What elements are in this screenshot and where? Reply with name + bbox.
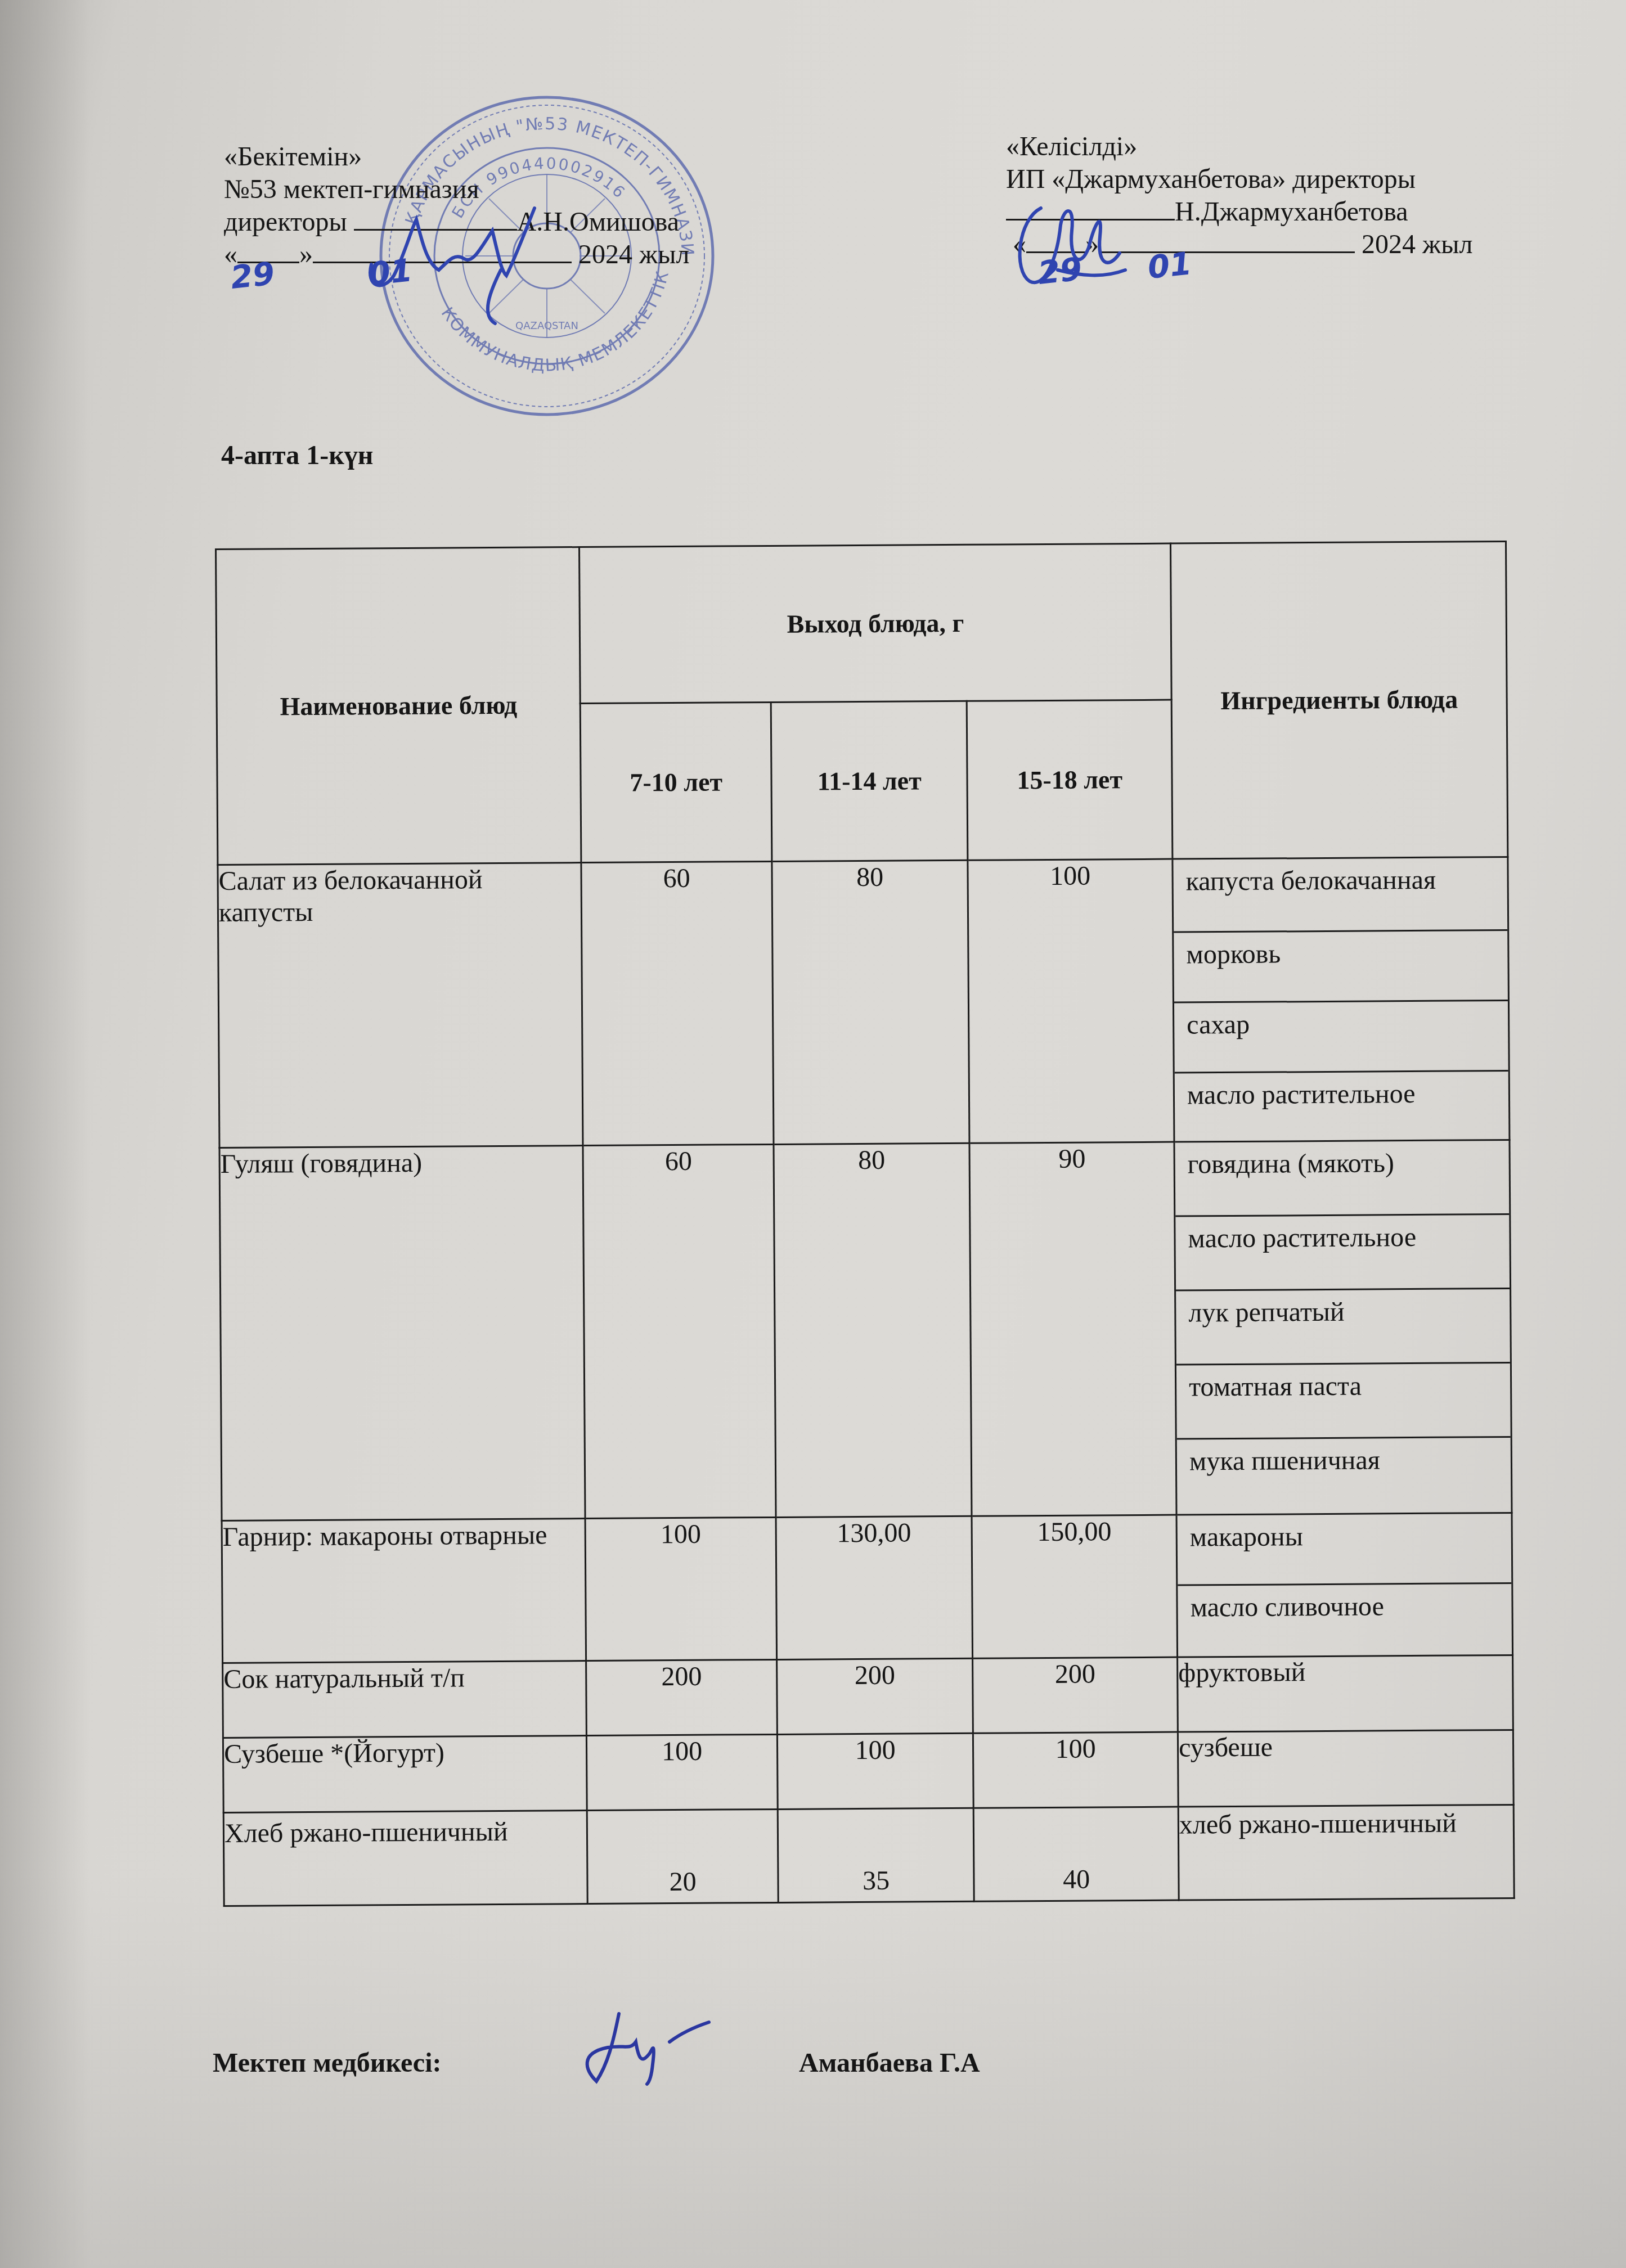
header-ingredients: Ингредиенты блюда bbox=[1170, 541, 1507, 859]
yield-value: 35 bbox=[778, 1808, 974, 1902]
yield-value: 100 bbox=[777, 1733, 973, 1809]
approval-year-right: 2024 жыл bbox=[1362, 229, 1472, 259]
approval-org-left: №53 мектеп-гимназия bbox=[224, 173, 689, 206]
yield-value: 100 bbox=[968, 859, 1174, 1143]
ingredient-item: томатная паста bbox=[1176, 1363, 1511, 1440]
ingredient-item: макароны bbox=[1178, 1514, 1512, 1586]
approval-signature-line-right: Н.Джармуханбетова bbox=[1006, 196, 1472, 228]
dish-name: Гарнир: макароны отварные bbox=[222, 1519, 586, 1663]
header-yield: Выход блюда, г bbox=[580, 543, 1171, 703]
yield-value: 80 bbox=[772, 860, 970, 1144]
nurse-name: Аманбаева Г.А bbox=[799, 2047, 980, 2078]
nurse-label: Мектеп медбикесі: bbox=[213, 2047, 441, 2078]
ingredient-item: лук репчатый bbox=[1176, 1289, 1510, 1366]
yield-value: 90 bbox=[969, 1142, 1176, 1516]
ingredient-item: капуста белокачанная bbox=[1173, 858, 1507, 933]
yield-value: 40 bbox=[974, 1807, 1179, 1901]
approval-year-left: 2024 жыл bbox=[578, 240, 689, 269]
yield-value: 100 bbox=[586, 1517, 777, 1660]
ingredient-item: масло растительное bbox=[1175, 1215, 1510, 1291]
yield-value: 60 bbox=[583, 1144, 775, 1518]
table-row: Гуляш (говядина) 60 80 90 говядина (мяко… bbox=[219, 1140, 1512, 1520]
dish-name: Сок натуральный т/п bbox=[223, 1661, 587, 1738]
approval-block-right: «Келісілді» ИП «Джармуханбетова» директо… bbox=[1006, 130, 1472, 261]
approver-name-left: А.Н.Омишова bbox=[517, 207, 679, 237]
yield-value: 200 bbox=[586, 1659, 777, 1735]
menu-table: Наименование блюд Выход блюда, г Ингреди… bbox=[215, 541, 1515, 1907]
header-age-15-18: 15-18 лет bbox=[967, 700, 1173, 860]
ingredients-cell: макароны масло сливочное bbox=[1176, 1513, 1513, 1657]
ingredient-item: морковь bbox=[1174, 931, 1508, 1003]
handwritten-day-left: 29 bbox=[229, 255, 276, 296]
yield-value: 60 bbox=[581, 861, 773, 1145]
approver-name-right: Н.Джармуханбетова bbox=[1175, 197, 1408, 227]
approval-heading-right: «Келісілді» bbox=[1006, 130, 1472, 163]
ingredient-item: мука пшеничная bbox=[1177, 1438, 1511, 1514]
table-row: Сок натуральный т/п 200 200 200 фруктовы… bbox=[223, 1655, 1513, 1738]
ingredient-item: говядина (мякоть) bbox=[1175, 1141, 1509, 1217]
date-underline bbox=[1099, 229, 1355, 253]
ingredients-cell: говядина (мякоть) масло растительное лук… bbox=[1174, 1140, 1512, 1515]
yield-value: 100 bbox=[973, 1732, 1178, 1808]
yield-value: 80 bbox=[774, 1143, 972, 1517]
table-row: Салат из белокачанной капусты 60 80 100 … bbox=[218, 857, 1510, 1147]
yield-value: 200 bbox=[776, 1658, 973, 1734]
signature-underline bbox=[354, 206, 517, 231]
date-underline bbox=[313, 239, 572, 263]
signature-nurse bbox=[574, 2008, 720, 2087]
signature-underline bbox=[1006, 196, 1175, 220]
ingredient-item: хлеб ржано-пшеничный bbox=[1178, 1804, 1514, 1900]
approval-signature-line-left: директоры А.Н.Омишова bbox=[224, 206, 689, 238]
ingredient-item: масло растительное bbox=[1175, 1072, 1509, 1141]
table-row: Гарнир: макароны отварные 100 130,00 150… bbox=[222, 1513, 1513, 1663]
handwritten-month-left: 01 bbox=[367, 252, 414, 293]
approval-org-right: ИП «Джармуханбетова» директоры bbox=[1006, 163, 1472, 196]
yield-value: 150,00 bbox=[972, 1515, 1177, 1658]
approval-heading-left: «Бекітемін» bbox=[224, 141, 689, 173]
dish-name: Гуляш (говядина) bbox=[219, 1146, 586, 1521]
yield-value: 100 bbox=[587, 1734, 778, 1810]
ingredient-item: фруктовый bbox=[1178, 1655, 1513, 1732]
approval-date-left: «» 2024 жыл bbox=[224, 238, 689, 271]
ingredient-item: сахар bbox=[1174, 1001, 1508, 1074]
dish-name: Хлеб ржано-пшеничный bbox=[223, 1810, 587, 1906]
header-age-11-14: 11-14 лет bbox=[771, 701, 968, 861]
yield-value: 130,00 bbox=[776, 1516, 973, 1659]
yield-value: 20 bbox=[587, 1809, 778, 1903]
handwritten-day-right: 29 bbox=[1036, 251, 1084, 292]
week-day-title: 4-апта 1-күн bbox=[221, 440, 373, 471]
header-dish-name: Наименование блюд bbox=[216, 547, 582, 865]
yield-value: 200 bbox=[973, 1657, 1178, 1733]
ingredient-item: сузбеше bbox=[1178, 1730, 1513, 1807]
ingredients-cell: капуста белокачанная морковь сахар масло… bbox=[1173, 857, 1510, 1142]
dish-name: Сузбеше *(Йогурт) bbox=[223, 1736, 587, 1813]
table-row: Хлеб ржано-пшеничный 20 35 40 хлеб ржано… bbox=[223, 1804, 1514, 1906]
header-age-7-10: 7-10 лет bbox=[581, 702, 772, 862]
ingredient-item: масло сливочное bbox=[1178, 1584, 1512, 1657]
approval-block-left: «Бекітемін» №53 мектеп-гимназия директор… bbox=[224, 141, 689, 271]
page-shadow-left bbox=[0, 0, 90, 2268]
table-row: Сузбеше *(Йогурт) 100 100 100 сузбеше bbox=[223, 1730, 1513, 1812]
svg-text:QAZAQSTAN: QAZAQSTAN bbox=[515, 320, 578, 332]
handwritten-month-right: 01 bbox=[1146, 245, 1193, 286]
dish-name: Салат из белокачанной капусты bbox=[218, 863, 583, 1148]
